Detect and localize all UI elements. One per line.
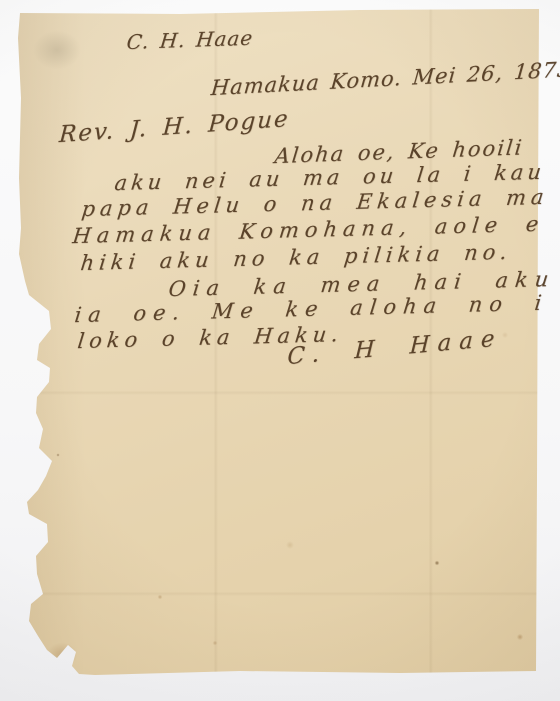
- letter-paper: [0, 0, 560, 701]
- scan-background: C. H. Haae Hamakua Komo. Mei 26, 1873 Re…: [0, 0, 560, 701]
